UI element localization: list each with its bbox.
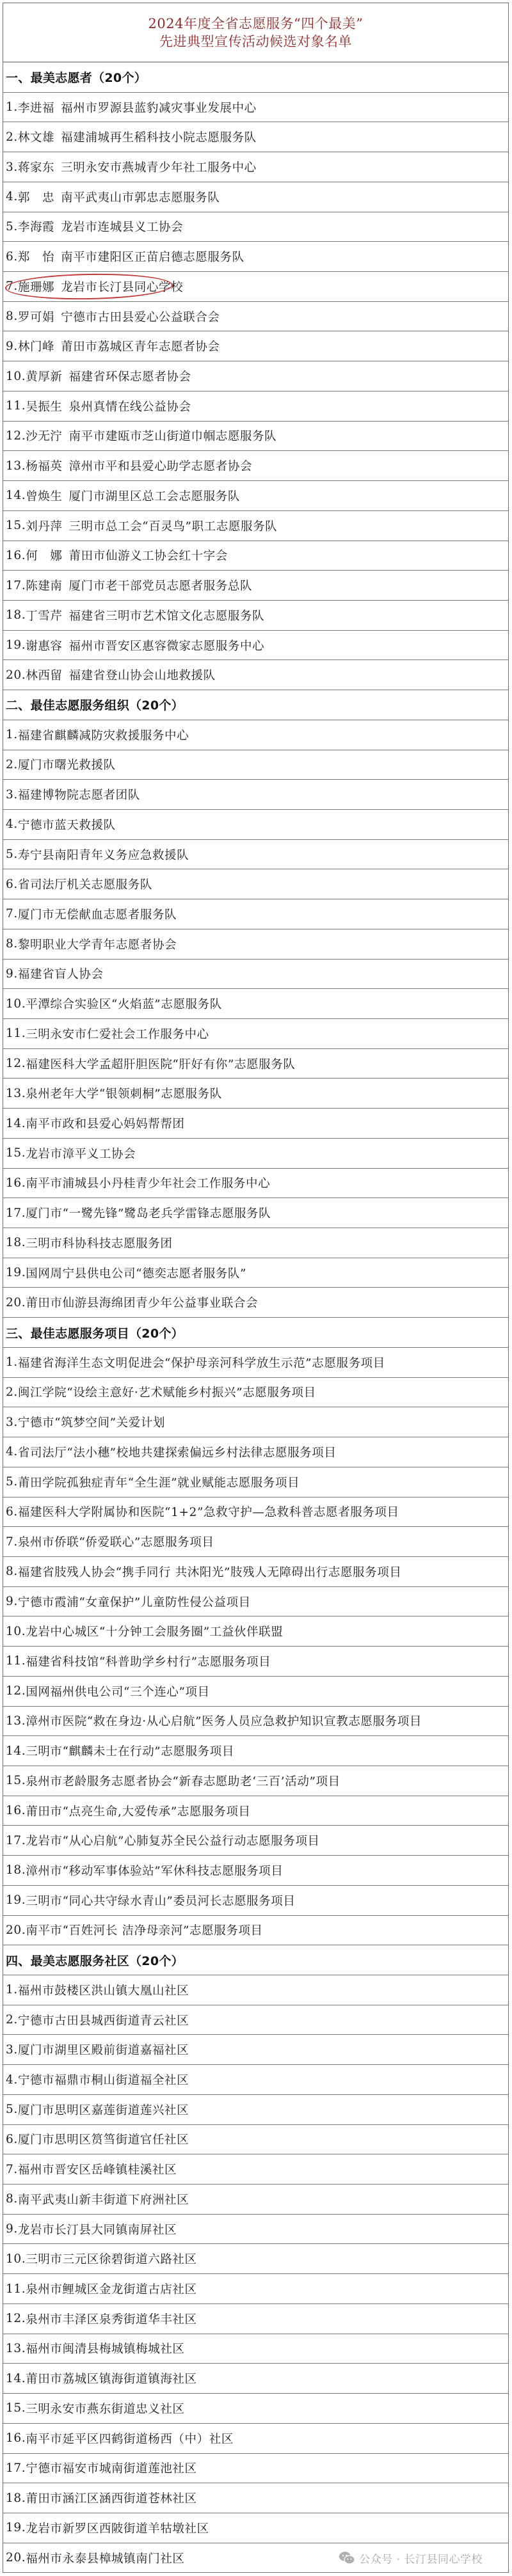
item-number: 19. xyxy=(6,1893,26,1907)
list-item: 12.国网福州供电公司“三个连心”项目 xyxy=(3,1677,508,1707)
list-item: 4.宁德市福鼎市桐山街道福全社区 xyxy=(3,2065,508,2095)
item-number: 7. xyxy=(6,1535,18,1549)
item-number: 8. xyxy=(6,310,18,323)
section-heading: 四、最美志愿服务社区（20个） xyxy=(3,1945,508,1975)
item-text: 漳州市医院“救在身边·从心启航”医务人员应急救护知识宣教志愿服务项目 xyxy=(26,1712,422,1729)
item-number: 14. xyxy=(6,2372,26,2385)
volunteer-name: 林门峰 xyxy=(18,338,54,354)
list-item: 18.漳州市“移动军事体验站”军休科技志愿服务项目 xyxy=(3,1856,508,1886)
organization-name: 漳州市平和县爱心助学志愿者协会 xyxy=(69,457,253,474)
list-item: 10.平潭综合实验区“火焰蓝”志愿服务队 xyxy=(3,989,508,1019)
list-item: 7.泉州市侨联“侨爱联心”志愿服务项目 xyxy=(3,1527,508,1557)
item-text: 福建博物院志愿者团队 xyxy=(18,786,140,803)
item-text: 宁德市霞浦“女童保护”儿童防性侵公益项目 xyxy=(18,1593,251,1610)
volunteer-name: 黄厚新 xyxy=(26,368,62,384)
organization-name: 泉州真情在线公益协会 xyxy=(69,398,191,415)
item-number: 20. xyxy=(6,1296,26,1309)
item-text: 闽江学院“设绘主意好·艺术赋能乡村振兴”志愿服务项目 xyxy=(18,1384,316,1400)
item-number: 8. xyxy=(6,937,18,951)
item-number: 10. xyxy=(6,1625,26,1638)
item-number: 5. xyxy=(6,2103,18,2116)
list-item: 4.郭 忠南平武夷山市郭忠志愿服务队 xyxy=(3,182,508,212)
list-item: 20.莆田市仙游县海绵团青少年公益事业联合会 xyxy=(3,1288,508,1318)
item-number: 14. xyxy=(6,1117,26,1130)
item-number: 11. xyxy=(6,1027,26,1040)
item-number: 2. xyxy=(6,1386,18,1399)
item-text: 厦门市“一鹭先锋”鹭岛老兵学雷锋志愿服务队 xyxy=(26,1205,271,1221)
item-text: 福州市晋安区岳峰镇桂溪社区 xyxy=(18,2161,177,2177)
item-text: 福建省海洋生态文明促进会“保护母亲河科学放生示范”志愿服务项目 xyxy=(18,1354,385,1371)
organization-name: 南平市建瓯市芝山街道巾帼志愿服务队 xyxy=(69,427,277,444)
item-number: 4. xyxy=(6,2073,18,2087)
organization-name: 三明市总工会“百灵鸟”职工志愿服务队 xyxy=(69,518,278,534)
list-item: 11.泉州市鲤城区金龙街道古店社区 xyxy=(3,2274,508,2304)
item-text: 莆田市仙游县海绵团青少年公益事业联合会 xyxy=(26,1294,258,1311)
item-text: 泉州老年大学“银领刺桐”志愿服务队 xyxy=(26,1085,222,1102)
item-number: 4. xyxy=(6,818,18,831)
list-item: 8.福建省肢残人协会“携手同行 共沐阳光”肢残人无障碍出行志愿服务项目 xyxy=(3,1557,508,1587)
item-text: 三明永安市仁爱社会工作服务中心 xyxy=(26,1025,209,1042)
item-text: 莆田市涵江区涵西街道苍林社区 xyxy=(26,2490,196,2506)
item-number: 6. xyxy=(6,2133,18,2146)
list-item: 11.福建省科技馆“科普助学乡村行”志愿服务项目 xyxy=(3,1647,508,1677)
item-text: 泉州市老龄服务志愿者协会“新春志愿助老‘三百’活动”项目 xyxy=(26,1773,340,1789)
list-item: 20.林西留福建省登山协会山地救援队 xyxy=(3,660,508,690)
list-item: 10.龙岩中心城区“十分钟工会服务圈”工益伙伴联盟 xyxy=(3,1616,508,1647)
item-text: 厦门市思明区嘉莲街道莲兴社区 xyxy=(18,2101,189,2118)
item-number: 9. xyxy=(6,2222,18,2236)
organization-name: 福州市罗源县蓝豹减灾事业发展中心 xyxy=(61,99,257,116)
item-number: 7. xyxy=(6,2163,18,2176)
item-text: 福建省科技馆“科普助学乡村行”志愿服务项目 xyxy=(26,1653,271,1670)
organization-name: 南平市建阳区正苗启德志愿服务队 xyxy=(61,248,244,265)
item-number: 15. xyxy=(6,519,26,532)
list-item: 3.福建博物院志愿者团队 xyxy=(3,780,508,810)
list-item: 3.宁德市“筑梦空间”关爱计划 xyxy=(3,1407,508,1437)
list-item: 6.省司法厅机关志愿服务队 xyxy=(3,869,508,899)
item-text: 黎明职业大学青年志愿者协会 xyxy=(18,936,177,952)
item-number: 18. xyxy=(6,1863,26,1877)
list-item: 10.三明市三元区徐碧街道六路社区 xyxy=(3,2244,508,2274)
item-text: 莆田学院孤独症青年“全生涯”就业赋能志愿服务项目 xyxy=(18,1474,300,1490)
item-text: 国网周宁县供电公司“德奕志愿者服务队” xyxy=(26,1265,246,1281)
item-text: 漳州市“移动军事体验站”军休科技志愿服务项目 xyxy=(26,1862,283,1879)
item-text: 宁德市福鼎市桐山街道福全社区 xyxy=(18,2071,189,2088)
item-text: 福州市永泰县樟城镇南门社区 xyxy=(26,2550,184,2566)
list-item: 13.漳州市医院“救在身边·从心启航”医务人员应急救护知识宣教志愿服务项目 xyxy=(3,1707,508,1737)
document-title: 2024年度全省志愿服务“四个最美” 先进典型宣传活动候选对象名单 xyxy=(3,3,508,63)
list-item: 3.蒋家东三明永安市燕城青少年社工服务中心 xyxy=(3,152,508,182)
list-item: 19.谢惠容福州市晋安区惠容微家志愿服务中心 xyxy=(3,631,508,661)
item-number: 8. xyxy=(6,2192,18,2206)
organization-name: 宁德市古田县爱心公益联合会 xyxy=(61,308,220,325)
item-text: 龙岩市新罗区西陂街道羊牯墩社区 xyxy=(26,2520,209,2536)
item-number: 9. xyxy=(6,967,18,981)
item-text: 泉州市鲤城区金龙街道古店社区 xyxy=(26,2280,196,2297)
item-number: 19. xyxy=(6,638,26,652)
item-number: 15. xyxy=(6,1146,26,1160)
organization-name: 厦门市老干部党员志愿者服务总队 xyxy=(69,577,253,594)
item-number: 12. xyxy=(6,2312,26,2325)
list-item: 15.泉州市老龄服务志愿者协会“新春志愿助老‘三百’活动”项目 xyxy=(3,1766,508,1796)
list-item: 18.三明市科协科技志愿服务团 xyxy=(3,1228,508,1258)
item-text: 泉州市侨联“侨爱联心”志愿服务项目 xyxy=(18,1533,214,1550)
volunteer-name: 杨福英 xyxy=(26,457,62,474)
organization-name: 龙岩市长汀县同心学校 xyxy=(61,278,183,295)
list-item: 10.黄厚新福建省环保志愿者协会 xyxy=(3,361,508,391)
candidate-list-table: 2024年度全省志愿服务“四个最美” 先进典型宣传活动候选对象名单 一、最美志愿… xyxy=(3,3,509,2573)
item-text: 宁德市福安市城南街道莲池社区 xyxy=(26,2460,196,2476)
item-number: 1. xyxy=(6,1355,18,1369)
item-text: 三明市三元区徐碧街道六路社区 xyxy=(26,2250,196,2267)
item-text: 南平市浦城县小丹桂青少年社会工作服务中心 xyxy=(26,1174,270,1191)
volunteer-name: 曾焕生 xyxy=(26,487,62,504)
item-text: 福建省肢残人协会“携手同行 共沐阳光”肢残人无障碍出行志愿服务项目 xyxy=(18,1563,402,1580)
item-number: 11. xyxy=(6,1654,26,1668)
list-item: 13.福州市闽清县梅城镇梅城社区 xyxy=(3,2334,508,2364)
item-text: 厦门市思明区筼筜街道官任社区 xyxy=(18,2131,189,2147)
item-number: 3. xyxy=(6,1416,18,1429)
volunteer-name: 郑 怡 xyxy=(18,248,54,265)
list-item: 15.龙岩市漳平义工协会 xyxy=(3,1139,508,1169)
list-item: 16.莆田市“点亮生命,大爱传承”志愿服务项目 xyxy=(3,1796,508,1826)
item-text: 省司法厅机关志愿服务队 xyxy=(18,876,152,892)
list-item: 14.曾焕生厦门市湖里区总工会志愿服务队 xyxy=(3,481,508,511)
item-number: 7. xyxy=(6,907,18,921)
item-number: 13. xyxy=(6,1714,26,1728)
list-item: 17.龙岩市“从心启航”心肺复苏全民公益行动志愿服务项目 xyxy=(3,1826,508,1856)
title-line-2: 先进典型宣传活动候选对象名单 xyxy=(159,33,352,51)
item-text: 宁德市“筑梦空间”关爱计划 xyxy=(18,1414,165,1430)
list-item: 19.三明市“同心共守绿水青山”委员河长志愿服务项目 xyxy=(3,1886,508,1916)
item-text: 平潭综合实验区“火焰蓝”志愿服务队 xyxy=(26,995,222,1012)
item-text: 三明市“麒麟未士在行动”志愿服务项目 xyxy=(26,1742,234,1759)
list-item: 15.刘丹萍三明市总工会“百灵鸟”职工志愿服务队 xyxy=(3,511,508,541)
list-item: 1.李进福福州市罗源县蓝豹减灾事业发展中心 xyxy=(3,93,508,123)
section-heading: 二、最佳志愿服务组织（20个） xyxy=(3,690,508,720)
title-line-1: 2024年度全省志愿服务“四个最美” xyxy=(148,15,364,33)
item-number: 20. xyxy=(6,1924,26,1937)
item-number: 5. xyxy=(6,220,18,233)
list-item: 9.宁德市霞浦“女童保护”儿童防性侵公益项目 xyxy=(3,1587,508,1617)
list-item: 1.福建省海洋生态文明促进会“保护母亲河科学放生示范”志愿服务项目 xyxy=(3,1348,508,1378)
item-number: 13. xyxy=(6,2342,26,2355)
item-number: 5. xyxy=(6,1475,18,1489)
list-item: 16.何 娜莆田市仙游义工协会红十字会 xyxy=(3,541,508,571)
list-item: 4.省司法厅“法小穗”校地共建探索偏远乡村法律志愿服务项目 xyxy=(3,1437,508,1467)
list-item: 19.龙岩市新罗区西陂街道羊牯墩社区 xyxy=(3,2513,508,2543)
volunteer-name: 沙无泞 xyxy=(26,427,62,444)
list-item: 6.福建医科大学附属协和医院“1+2”急救守护—急救科普志愿者服务项目 xyxy=(3,1497,508,1528)
item-text: 福建省盲人协会 xyxy=(18,965,104,982)
list-item: 2.宁德市古田县城西街道青云社区 xyxy=(3,2005,508,2035)
item-number: 20. xyxy=(6,2551,26,2564)
item-number: 6. xyxy=(6,250,18,264)
volunteer-name: 丁雪芹 xyxy=(26,607,62,624)
item-text: 三明市科协科技志愿服务团 xyxy=(26,1235,172,1251)
list-item: 17.陈建南厦门市老干部党员志愿者服务总队 xyxy=(3,571,508,601)
item-number: 1. xyxy=(6,100,18,114)
item-text: 南平市政和县爱心妈妈帮帮团 xyxy=(26,1115,184,1132)
item-text: 莆田市荔城区镇海街道镇海社区 xyxy=(26,2370,196,2387)
list-item: 2.厦门市曙光救援队 xyxy=(3,750,508,780)
volunteer-name: 谢惠容 xyxy=(26,637,62,654)
item-number: 16. xyxy=(6,2431,26,2445)
item-number: 16. xyxy=(6,1176,26,1190)
list-item: 2.闽江学院“设绘主意好·艺术赋能乡村振兴”志愿服务项目 xyxy=(3,1378,508,1408)
list-item: 18.莆田市涵江区涵西街道苍林社区 xyxy=(3,2483,508,2513)
watermark-text: 公众号 · 长汀县同心学校 xyxy=(359,2550,483,2566)
list-item: 9.龙岩市长汀县大同镇南屏社区 xyxy=(3,2215,508,2245)
list-item: 8.南平武夷山新丰街道下府洲社区 xyxy=(3,2185,508,2215)
item-text: 泉州市丰泽区泉秀街道华丰社区 xyxy=(26,2311,196,2327)
item-text: 龙岩市“从心启航”心肺复苏全民公益行动志愿服务项目 xyxy=(26,1832,319,1849)
section-heading: 三、最佳志愿服务项目（20个） xyxy=(3,1318,508,1348)
volunteer-name: 林西留 xyxy=(26,667,62,683)
volunteer-name: 蒋家东 xyxy=(18,159,54,175)
item-number: 17. xyxy=(6,579,26,592)
item-text: 福建医科大学孟超肝胆医院“肝好有你”志愿服务队 xyxy=(26,1055,295,1072)
item-number: 2. xyxy=(6,758,18,771)
item-number: 2. xyxy=(6,130,18,144)
organization-name: 厦门市湖里区总工会志愿服务队 xyxy=(69,487,240,504)
item-text: 南平市“百姓河长 洁净母亲河”志愿服务项目 xyxy=(26,1922,262,1938)
list-item: 20.福州市永泰县樟城镇南门社区公众号 · 长汀县同心学校 xyxy=(3,2543,508,2573)
item-number: 3. xyxy=(6,788,18,802)
list-item: 7.施珊娜龙岩市长汀县同心学校 xyxy=(3,272,508,302)
item-number: 15. xyxy=(6,1774,26,1787)
item-text: 寿宁县南阳青年义务应急救援队 xyxy=(18,846,189,863)
volunteer-name: 林文雄 xyxy=(18,129,54,145)
item-text: 国网福州供电公司“三个连心”项目 xyxy=(26,1683,210,1700)
volunteer-name: 刘丹萍 xyxy=(26,518,62,534)
list-item: 12.沙无泞南平市建瓯市芝山街道巾帼志愿服务队 xyxy=(3,422,508,452)
item-number: 1. xyxy=(6,728,18,741)
list-item: 12.福建医科大学孟超肝胆医院“肝好有你”志愿服务队 xyxy=(3,1049,508,1079)
item-number: 13. xyxy=(6,1087,26,1100)
item-text: 宁德市古田县城西街道青云社区 xyxy=(18,2012,189,2028)
organization-name: 福建省三明市艺术馆文化志愿服务队 xyxy=(69,607,265,624)
wechat-watermark: 公众号 · 长汀县同心学校 xyxy=(339,2550,483,2566)
section-heading: 一、最美志愿者（20个） xyxy=(3,63,508,93)
list-item: 18.丁雪芹福建省三明市艺术馆文化志愿服务队 xyxy=(3,601,508,631)
item-number: 1. xyxy=(6,1983,18,1996)
item-text: 厦门市湖里区殿前街道嘉福社区 xyxy=(18,2041,189,2058)
item-text: 福建医科大学附属协和医院“1+2”急救守护—急救科普志愿者服务项目 xyxy=(18,1503,399,1520)
organization-name: 莆田市仙游义工协会红十字会 xyxy=(69,547,228,564)
item-number: 19. xyxy=(6,2521,26,2534)
item-text: 三明市“同心共守绿水青山”委员河长志愿服务项目 xyxy=(26,1892,295,1909)
list-item: 16.南平市延平区四鹤街道杨西（中）社区 xyxy=(3,2424,508,2454)
item-text: 厦门市曙光救援队 xyxy=(18,756,116,773)
item-text: 莆田市“点亮生命,大爱传承”志愿服务项目 xyxy=(26,1803,250,1819)
item-number: 10. xyxy=(6,370,26,383)
volunteer-name: 郭 忠 xyxy=(18,189,54,205)
item-number: 11. xyxy=(6,2282,26,2296)
item-number: 5. xyxy=(6,848,18,861)
list-item: 17.宁德市福安市城南街道莲池社区 xyxy=(3,2454,508,2484)
list-item: 5.厦门市思明区嘉莲街道莲兴社区 xyxy=(3,2095,508,2125)
volunteer-name: 罗可娟 xyxy=(18,308,54,325)
item-number: 9. xyxy=(6,1595,18,1608)
item-number: 3. xyxy=(6,2043,18,2057)
item-number: 18. xyxy=(6,608,26,622)
organization-name: 南平武夷山市郭忠志愿服务队 xyxy=(61,189,220,205)
list-item: 16.南平市浦城县小丹桂青少年社会工作服务中心 xyxy=(3,1169,508,1199)
item-number: 11. xyxy=(6,399,26,413)
volunteer-name: 施珊娜 xyxy=(18,278,54,295)
list-item: 8.黎明职业大学青年志愿者协会 xyxy=(3,929,508,960)
organization-name: 龙岩市连城县义工协会 xyxy=(61,218,183,235)
list-item: 7.福州市晋安区岳峰镇桂溪社区 xyxy=(3,2154,508,2185)
list-item: 1.福建省麒麟减防灾救援服务中心 xyxy=(3,720,508,750)
list-item: 5.寿宁县南阳青年义务应急救援队 xyxy=(3,840,508,870)
item-number: 7. xyxy=(6,280,18,293)
list-item: 5.莆田学院孤独症青年“全生涯”就业赋能志愿服务项目 xyxy=(3,1467,508,1497)
item-text: 福建省麒麟减防灾救援服务中心 xyxy=(18,727,189,743)
list-item: 14.三明市“麒麟未士在行动”志愿服务项目 xyxy=(3,1736,508,1766)
list-item: 17.厦门市“一鹭先锋”鹭岛老兵学雷锋志愿服务队 xyxy=(3,1198,508,1228)
organization-name: 莆田市荔城区青年志愿者协会 xyxy=(61,338,220,354)
item-number: 17. xyxy=(6,1206,26,1220)
item-text: 福州市闽清县梅城镇梅城社区 xyxy=(26,2340,184,2357)
item-text: 南平市延平区四鹤街道杨西（中）社区 xyxy=(26,2430,234,2447)
item-number: 12. xyxy=(6,1057,26,1070)
item-number: 8. xyxy=(6,1565,18,1578)
list-item: 9.福建省盲人协会 xyxy=(3,960,508,990)
list-item: 4.宁德市蓝天救援队 xyxy=(3,810,508,840)
item-number: 12. xyxy=(6,429,26,443)
list-item: 14.莆田市荔城区镇海街道镇海社区 xyxy=(3,2364,508,2394)
item-number: 10. xyxy=(6,2252,26,2266)
list-item: 11.吴振生泉州真情在线公益协会 xyxy=(3,391,508,422)
list-item: 11.三明永安市仁爱社会工作服务中心 xyxy=(3,1019,508,1049)
item-text: 福州市鼓楼区洪山镇大凰山社区 xyxy=(18,1982,189,1998)
item-number: 17. xyxy=(6,1834,26,1847)
volunteer-name: 陈建南 xyxy=(26,577,62,594)
item-number: 6. xyxy=(6,1505,18,1519)
item-text: 三明永安市燕东街道忠义社区 xyxy=(26,2400,184,2417)
item-number: 2. xyxy=(6,2013,18,2027)
item-number: 10. xyxy=(6,997,26,1011)
organization-name: 三明永安市燕城青少年社工服务中心 xyxy=(61,159,257,175)
item-number: 9. xyxy=(6,340,18,353)
item-number: 15. xyxy=(6,2401,26,2415)
item-text: 龙岩中心城区“十分钟工会服务圈”工益伙伴联盟 xyxy=(26,1623,283,1640)
list-item: 13.杨福英漳州市平和县爱心助学志愿者协会 xyxy=(3,451,508,481)
list-item: 6.郑 怡南平市建阳区正苗启德志愿服务队 xyxy=(3,242,508,272)
organization-name: 福建浦城再生稻科技小院志愿服务队 xyxy=(61,129,257,145)
item-number: 16. xyxy=(6,1804,26,1817)
item-number: 14. xyxy=(6,1744,26,1758)
table-body: 一、最美志愿者（20个）1.李进福福州市罗源县蓝豹减灾事业发展中心2.林文雄福建… xyxy=(3,63,508,2573)
list-item: 3.厦门市湖里区殿前街道嘉福社区 xyxy=(3,2035,508,2065)
item-number: 12. xyxy=(6,1684,26,1698)
item-number: 4. xyxy=(6,1445,18,1458)
list-item: 6.厦门市思明区筼筜街道官任社区 xyxy=(3,2125,508,2155)
item-text: 厦门市无偿献血志愿者服务队 xyxy=(18,906,177,922)
list-item: 8.罗可娟宁德市古田县爱心公益联合会 xyxy=(3,302,508,332)
list-item: 1.福州市鼓楼区洪山镇大凰山社区 xyxy=(3,1975,508,2005)
list-item: 20.南平市“百姓河长 洁净母亲河”志愿服务项目 xyxy=(3,1916,508,1946)
item-number: 3. xyxy=(6,161,18,174)
item-text: 龙岩市长汀县大同镇南屏社区 xyxy=(18,2221,177,2238)
item-number: 18. xyxy=(6,2492,26,2505)
item-text: 省司法厅“法小穗”校地共建探索偏远乡村法律志愿服务项目 xyxy=(18,1444,337,1460)
list-item: 7.厦门市无偿献血志愿者服务队 xyxy=(3,899,508,929)
organization-name: 福州市晋安区惠容微家志愿服务中心 xyxy=(69,637,265,654)
organization-name: 福建省环保志愿者协会 xyxy=(69,368,191,384)
item-number: 18. xyxy=(6,1236,26,1249)
item-text: 宁德市蓝天救援队 xyxy=(18,816,116,833)
list-item: 19.国网周宁县供电公司“德奕志愿者服务队” xyxy=(3,1258,508,1288)
list-item: 12.泉州市丰泽区泉秀街道华丰社区 xyxy=(3,2304,508,2334)
list-item: 5.李海霞龙岩市连城县义工协会 xyxy=(3,212,508,242)
wechat-icon xyxy=(339,2551,355,2565)
volunteer-name: 吴振生 xyxy=(26,398,62,415)
organization-name: 福建省登山协会山地救援队 xyxy=(69,667,216,683)
item-number: 6. xyxy=(6,878,18,891)
list-item: 9.林门峰莆田市荔城区青年志愿者协会 xyxy=(3,331,508,361)
item-text: 龙岩市漳平义工协会 xyxy=(26,1145,136,1162)
volunteer-name: 何 娜 xyxy=(26,547,62,564)
volunteer-name: 李海霞 xyxy=(18,218,54,235)
item-number: 14. xyxy=(6,489,26,502)
item-number: 13. xyxy=(6,459,26,473)
item-number: 4. xyxy=(6,190,18,203)
list-item: 14.南平市政和县爱心妈妈帮帮团 xyxy=(3,1109,508,1139)
volunteer-name: 李进福 xyxy=(18,99,54,116)
item-text: 南平武夷山新丰街道下府洲社区 xyxy=(18,2191,189,2208)
item-number: 17. xyxy=(6,2461,26,2475)
item-number: 20. xyxy=(6,668,26,682)
list-item: 13.泉州老年大学“银领刺桐”志愿服务队 xyxy=(3,1079,508,1109)
list-item: 15.三明永安市燕东街道忠义社区 xyxy=(3,2394,508,2424)
list-item: 2.林文雄福建浦城再生稻科技小院志愿服务队 xyxy=(3,122,508,152)
item-number: 16. xyxy=(6,549,26,562)
item-number: 19. xyxy=(6,1266,26,1279)
